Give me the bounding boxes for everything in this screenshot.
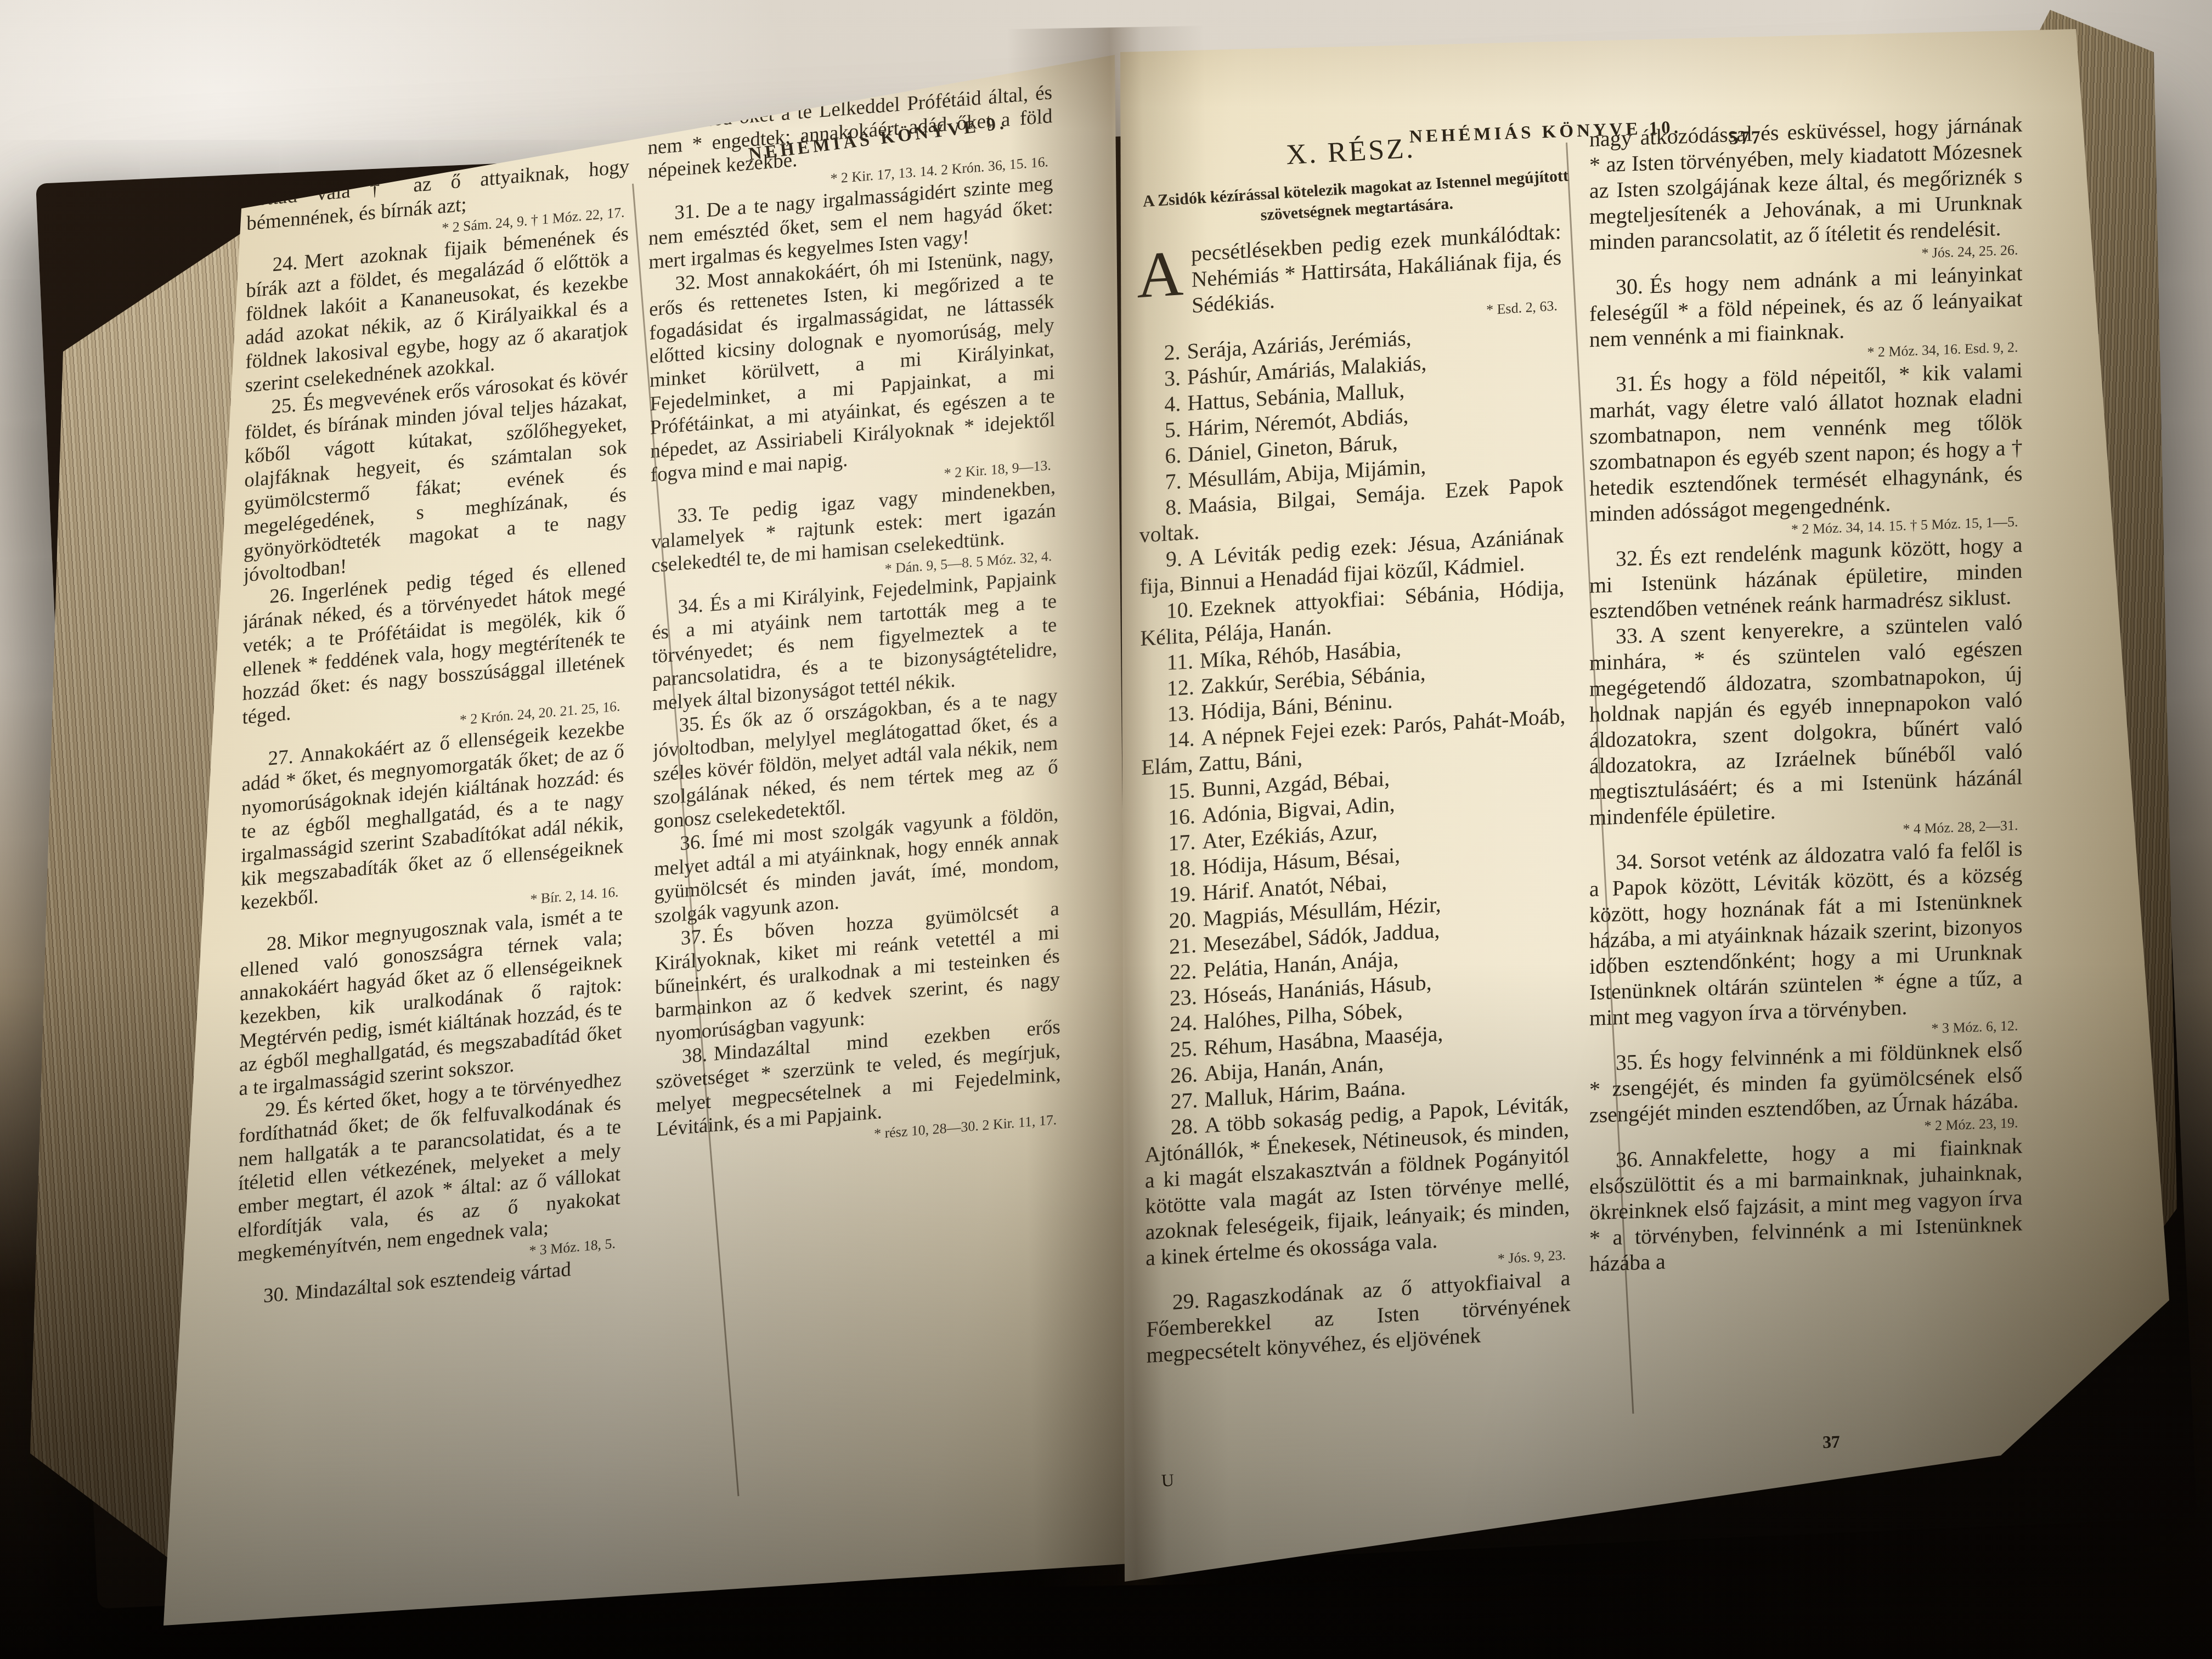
verse-text: És hogy felvinnénk a mi földünknek első … bbox=[1589, 1036, 2023, 1127]
verse-number: 15. bbox=[1167, 777, 1195, 804]
verse-number: 10. bbox=[1166, 597, 1194, 623]
verse-number: 12. bbox=[1167, 674, 1194, 701]
right-page-column-1: Apecsétlésekben pedig ezek munkálódtak: … bbox=[1137, 218, 1572, 1453]
verse-number: 18. bbox=[1169, 855, 1196, 882]
verse-number: 5. bbox=[1165, 417, 1181, 443]
verse-number: 36. bbox=[1616, 1147, 1643, 1172]
verse-text: nagy átkozódással és esküvéssel, hogy já… bbox=[1589, 111, 2023, 255]
verse-number: 19. bbox=[1169, 881, 1196, 907]
verse-number: 29. bbox=[1172, 1288, 1200, 1314]
verse-text: Sorsot veténk az áldozatra való fa felől… bbox=[1589, 836, 2023, 1030]
verse-number: 31. bbox=[1616, 371, 1643, 397]
verse-number: 36. bbox=[680, 831, 705, 855]
verse-number: 38. bbox=[682, 1043, 707, 1068]
verse-number: 23. bbox=[1170, 984, 1197, 1011]
left-page: 576 NEHÉMIÁS KÖNYVE 9. dottad vala † az … bbox=[154, 47, 1136, 1635]
verse-number: 26. bbox=[269, 583, 295, 608]
book-photo: 576 NEHÉMIÁS KÖNYVE 9. dottad vala † az … bbox=[0, 0, 2212, 1659]
verse: 29.És kérted őket, hogy a te törvényedhe… bbox=[238, 1068, 622, 1287]
verse: 28.Mikor megnyugosznak vala, ismét a te … bbox=[239, 901, 623, 1101]
verse-text: És kérted őket, hogy a te törvényedhez f… bbox=[238, 1068, 622, 1266]
verse-number: 29. bbox=[265, 1097, 290, 1121]
verse: 36.Annakfelette, hogy a mi fiainknak els… bbox=[1589, 1133, 2023, 1277]
verse-text: Annakfelette, hogy a mi fiainknak elsősz… bbox=[1589, 1133, 2023, 1277]
verse-text: Mikor megnyugosznak vala, ismét a te ell… bbox=[239, 902, 623, 1100]
verse-number: 27. bbox=[1170, 1087, 1198, 1114]
verse-text: És ezt rendelénk magunk között, hogy a m… bbox=[1589, 532, 2023, 624]
verse-number: 21. bbox=[1169, 933, 1197, 959]
signature-mark-left: U bbox=[1161, 1470, 1175, 1491]
verse: 33.A szent kenyerekre, a szüntelen való … bbox=[1589, 609, 2023, 850]
right-page: NEHÉMIÁS KÖNYVE 10. 577 X. RÉSZ. A Zsidó… bbox=[1093, 14, 2185, 1605]
verse-number: 14. bbox=[1167, 726, 1195, 752]
right-page-column-2: nagy átkozódással és esküvéssel, hogy já… bbox=[1589, 111, 2023, 1454]
verse: 26.Ingerlének pedig téged és ellened jár… bbox=[242, 554, 626, 749]
verse-text: És hogy nem adnánk a mi leányinkat feles… bbox=[1589, 261, 2023, 352]
verse: 32.Most annakokáért, óh mi Istenünk, nag… bbox=[649, 242, 1056, 507]
verse-number: 16. bbox=[1168, 803, 1195, 830]
verse-number: 4. bbox=[1164, 391, 1181, 417]
verse-text: A szent kenyerekre, a szüntelen való min… bbox=[1589, 610, 2023, 830]
verse-number: 6. bbox=[1165, 443, 1181, 469]
verse-number: 34. bbox=[678, 594, 703, 619]
verse-number: 9. bbox=[1166, 546, 1182, 572]
verse-text: És megvevének erős városokat és kövér fö… bbox=[244, 365, 628, 587]
drop-cap: A bbox=[1137, 241, 1192, 303]
verse: 34.Sorsot veténk az áldozatra való fa fe… bbox=[1589, 835, 2023, 1051]
verse-number: 31. bbox=[674, 200, 699, 224]
verse: 28.A több sokaság pedig, a Papok, Lévitá… bbox=[1144, 1090, 1570, 1291]
page-number-left: 576 bbox=[274, 139, 310, 164]
verse-number: 35. bbox=[679, 712, 704, 737]
verse-number: 35. bbox=[1616, 1049, 1643, 1075]
verse-number: 22. bbox=[1169, 958, 1197, 985]
signature-mark-right: 37 bbox=[1822, 1431, 1840, 1452]
verse-number: 25. bbox=[271, 394, 296, 419]
verse-text: Most annakokáért, óh mi Istenünk, nagy, … bbox=[649, 243, 1055, 487]
verse-number: 7. bbox=[1165, 469, 1182, 494]
verse-number: 30. bbox=[263, 1283, 289, 1307]
verse-number: 33. bbox=[677, 503, 702, 528]
verse-number: 24. bbox=[272, 251, 297, 276]
verse-number: 11. bbox=[1166, 648, 1193, 675]
verse: 31.És hogy a föld népeitől, * kik valami… bbox=[1589, 357, 2023, 547]
verse-number: 27. bbox=[268, 745, 294, 770]
verse-number: 17. bbox=[1168, 829, 1195, 855]
verse: nagy átkozódással és esküvéssel, hogy já… bbox=[1589, 111, 2023, 275]
left-page-column-1: dottad vala † az ő attyaiknak, hogy béme… bbox=[235, 155, 629, 1577]
verse-number: 33. bbox=[1616, 623, 1643, 648]
verse-number: 24. bbox=[1170, 1010, 1197, 1036]
verse-number: 28. bbox=[267, 931, 292, 956]
verse-number: 13. bbox=[1167, 700, 1194, 726]
verse-number: 28. bbox=[1171, 1113, 1198, 1139]
verse-number: 34. bbox=[1616, 849, 1643, 874]
verse-number: 8. bbox=[1165, 494, 1182, 520]
verse-text: A több sokaság pedig, a Papok, Léviták, … bbox=[1144, 1091, 1570, 1271]
verse: 25.És megvevének erős városokat és kövér… bbox=[244, 364, 628, 588]
verse-number: 25. bbox=[1170, 1036, 1198, 1062]
verse-number: 32. bbox=[1616, 545, 1643, 571]
verse-number: 2. bbox=[1164, 339, 1180, 365]
verse-number: 3. bbox=[1164, 365, 1181, 391]
verse-number: 30. bbox=[1616, 274, 1643, 300]
verse: 27.Annakokáért az ő ellenségeik kezekbe … bbox=[240, 716, 624, 935]
left-page-column-2: és intetted őket a te Lelkeddel Prófétái… bbox=[647, 81, 1064, 1531]
verse-text: Annakokáért az ő ellenségeik kezekbe adá… bbox=[240, 716, 624, 915]
verse: 30.És hogy nem adnánk a mi leányinkat fe… bbox=[1589, 260, 2023, 373]
verse-number: 37. bbox=[681, 925, 706, 950]
verse: 35.És hogy felvinnénk a mi földünknek el… bbox=[1589, 1035, 2023, 1148]
verse-number: 20. bbox=[1169, 907, 1197, 933]
verse-number: 32. bbox=[675, 270, 700, 295]
verse-number: 26. bbox=[1170, 1062, 1198, 1088]
verse-text: És hogy a föld népeitől, * kik valami ma… bbox=[1589, 358, 2023, 527]
verse: 32.És ezt rendelénk magunk között, hogy … bbox=[1589, 532, 2023, 624]
